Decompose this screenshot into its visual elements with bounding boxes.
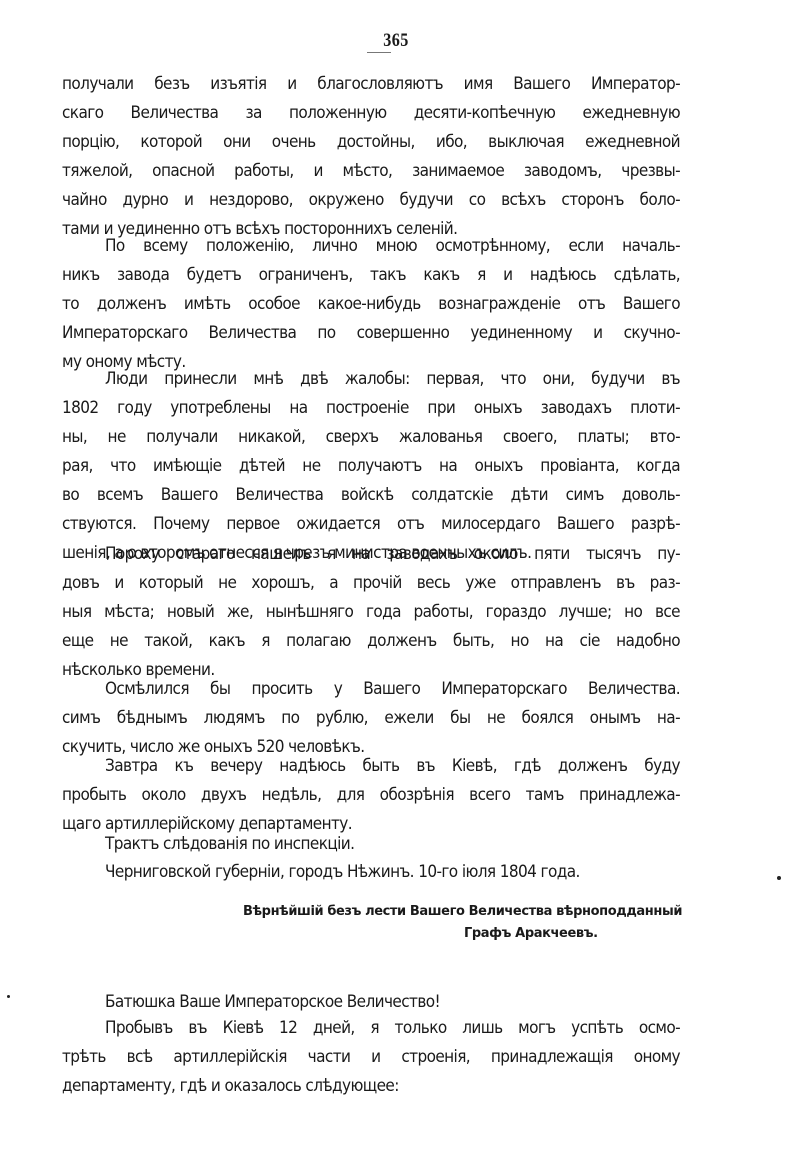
paragraph-p5: Осмѣлился бы просить у Вашего Императорс… xyxy=(62,675,680,762)
paragraph-p1: получали безъ изъятія и благословляютъ и… xyxy=(62,70,680,244)
text-line: во всемъ Вашего Величества войскѣ солдат… xyxy=(62,481,680,510)
text-line: скаго Величества за положенную десяти-ко… xyxy=(62,99,680,128)
text-line: Завтра къ вечеру надѣюсь быть въ Кіевѣ, … xyxy=(62,752,680,781)
text-line: тяжелой, опасной работы, и мѣсто, занима… xyxy=(62,157,680,186)
paragraph-p4: Пороху стараго нашелъ я на заводахъ окол… xyxy=(62,540,680,685)
text-line: ствуются. Почему первое ожидается отъ ми… xyxy=(62,510,680,539)
paragraph-p2: По всему положенію, лично мною осмотрѣнн… xyxy=(62,232,680,377)
paragraph-p8: Черниговской губерніи, городъ Нѣжинъ. 10… xyxy=(62,858,680,887)
text-line: Пороху стараго нашелъ я на заводахъ окол… xyxy=(62,540,680,569)
margin-mark xyxy=(777,876,781,880)
text-line: чайно дурно и нездорово, окружено будучи… xyxy=(62,186,680,215)
paragraph-p3: Люди принесли мнѣ двѣ жалобы: первая, чт… xyxy=(62,365,680,568)
margin-mark xyxy=(7,995,10,998)
page-number: 365 xyxy=(59,30,732,52)
text-line: Трактъ слѣдованія по инспекціи. xyxy=(62,830,680,859)
text-line: симъ бѣднымъ людямъ по рублю, ежели бы н… xyxy=(62,704,680,733)
paragraph-p7: Трактъ слѣдованія по инспекціи. xyxy=(62,830,680,859)
text-line: Черниговской губерніи, городъ Нѣжинъ. 10… xyxy=(62,858,680,887)
page-number-rule xyxy=(367,52,391,53)
text-line: Пробывъ въ Кіевѣ 12 дней, я только лишь … xyxy=(62,1014,680,1043)
second-letter-salutation: Батюшка Ваше Императорское Величество! xyxy=(62,988,680,1017)
text-line: По всему положенію, лично мною осмотрѣнн… xyxy=(62,232,680,261)
text-line: еще не такой, какъ я полагаю долженъ быт… xyxy=(62,627,680,656)
text-line: то долженъ имѣть особое какое-нибудь воз… xyxy=(62,290,680,319)
text-line: ны, не получали никакой, сверхъ жаловань… xyxy=(62,423,680,452)
second-letter-salutation-block: Батюшка Ваше Императорское Величество! xyxy=(62,988,680,1017)
text-line: Люди принесли мнѣ двѣ жалобы: первая, чт… xyxy=(62,365,680,394)
text-line: ныя мѣста; новый же, нынѣшняго года рабо… xyxy=(62,598,680,627)
paragraph-p6: Завтра къ вечеру надѣюсь быть въ Кіевѣ, … xyxy=(62,752,680,839)
paragraph-p9: Пробывъ въ Кіевѣ 12 дней, я только лишь … xyxy=(62,1014,680,1101)
text-line: Осмѣлился бы просить у Вашего Императорс… xyxy=(62,675,680,704)
text-line: трѣть всѣ артиллерійскія части и строені… xyxy=(62,1043,680,1072)
text-line: 1802 году употреблены на построеніе при … xyxy=(62,394,680,423)
signature-closing: Вѣрнѣйшій безъ лести Вашего Величества в… xyxy=(243,904,682,919)
text-line: департаменту, гдѣ и оказалось слѣдующее: xyxy=(62,1072,680,1101)
text-line: получали безъ изъятія и благословляютъ и… xyxy=(62,70,680,99)
text-line: Императорскаго Величества по совершенно … xyxy=(62,319,680,348)
text-line: довъ и который не хорошъ, а прочій весь … xyxy=(62,569,680,598)
text-line: рая, что имѣющіе дѣтей не получаютъ на о… xyxy=(62,452,680,481)
text-line: никъ завода будетъ ограниченъ, такъ какъ… xyxy=(62,261,680,290)
signature-name: Графъ Аракчеевъ. xyxy=(464,926,598,941)
text-line: пробыть около двухъ недѣль, для обозрѣні… xyxy=(62,781,680,810)
text-line: порцію, которой они очень достойны, ибо,… xyxy=(62,128,680,157)
